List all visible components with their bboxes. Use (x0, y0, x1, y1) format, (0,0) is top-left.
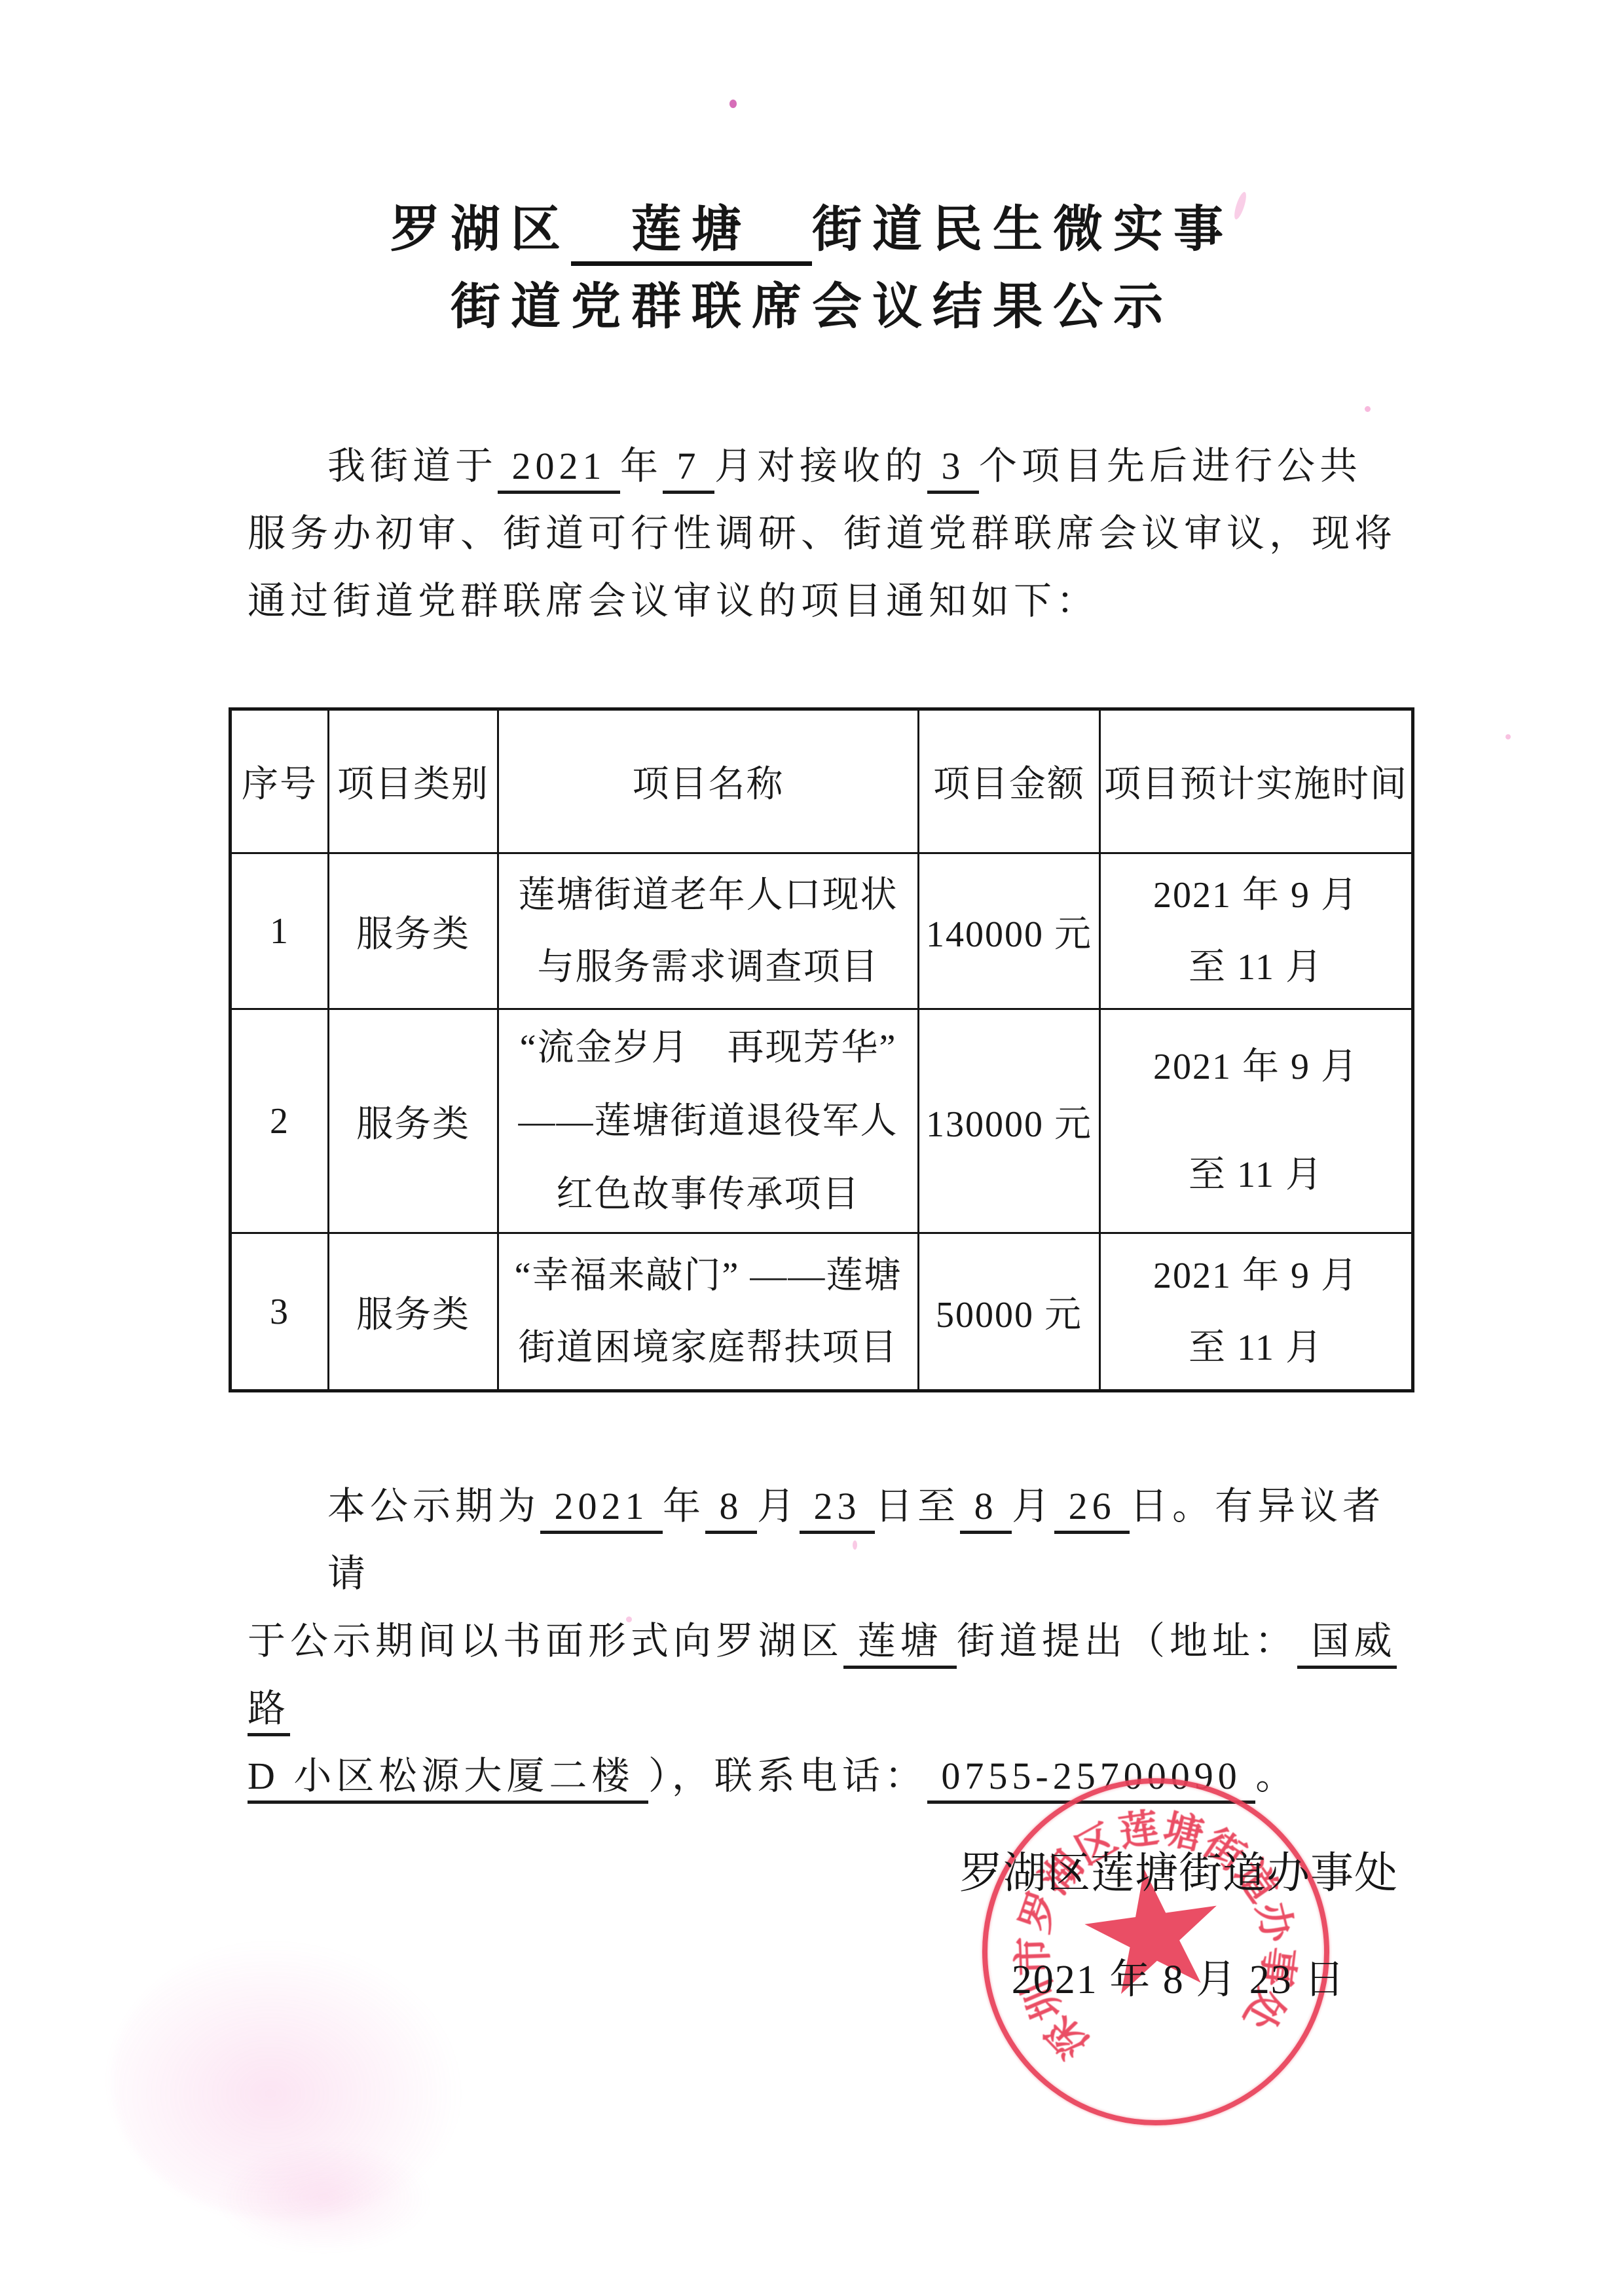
cell-category: 服务类 (329, 1233, 498, 1391)
cell-schedule: 2021 年 9 月 至 11 月 (1100, 1233, 1413, 1391)
cell-schedule: 2021 年 9 月 至 11 月 (1100, 853, 1413, 1009)
closing-seg: 本公示期为 (327, 1485, 540, 1527)
closing-seg: 日至 (875, 1485, 960, 1527)
table-header-row: 序号 项目类别 项目名称 项目金额 项目预计实施时间 (231, 709, 1413, 853)
table-row: 2 服务类 “流金岁月 再现芳华” ——莲塘街道退役军人 红色故事传承项目 13… (231, 1009, 1413, 1233)
intro-line-1: 我街道于 2021 年 7 月对接收的 3 个项目先后进行公共 (248, 432, 1421, 500)
title-part1: 罗湖区 (390, 202, 571, 257)
signature-organization: 罗湖区莲塘街道办事处 (953, 1838, 1405, 1900)
schedule-line: 2021 年 9 月 (1101, 1240, 1411, 1312)
closing-seg: ），联系电话： (648, 1755, 927, 1797)
schedule-line: 至 11 月 (1101, 1121, 1411, 1229)
seal-arc-character: 莲 (1114, 1797, 1161, 1844)
intro-seg: 我街道于 (327, 445, 498, 487)
schedule-line: 至 11 月 (1101, 1312, 1411, 1384)
pink-ink-smudge (111, 1939, 465, 2220)
project-name-line: 街道困境家庭帮扶项目 (499, 1312, 917, 1384)
intro-line-3: 通过街道党群联席会议审议的项目通知如下： (248, 567, 1421, 635)
project-name-line: 红色故事传承项目 (499, 1158, 917, 1231)
header-cell-category: 项目类别 (329, 709, 498, 853)
title-line-1: 罗湖区 莲塘 街道民生微实事 (0, 191, 1624, 269)
header-cell-amount: 项目金额 (919, 709, 1100, 853)
closing-blank-day2: 26 (1054, 1485, 1130, 1534)
scan-speck (729, 100, 737, 108)
table-row: 1 服务类 莲塘街道老年人口现状 与服务需求调查项目 140000 元 2021… (231, 853, 1413, 1009)
cell-index: 1 (231, 853, 329, 1009)
closing-blank-month2: 8 (960, 1485, 1012, 1534)
intro-line-2: 服务办初审、街道可行性调研、街道党群联席会议审议，现将 (248, 500, 1421, 567)
closing-seg: 月 (757, 1485, 800, 1527)
scan-speck (1365, 406, 1371, 412)
schedule-line: 2021 年 9 月 (1101, 1013, 1411, 1121)
title-part2: 街道民生微实事 (812, 202, 1234, 257)
cell-amount: 50000 元 (919, 1233, 1100, 1391)
project-name-line: 莲塘街道老年人口现状 (499, 859, 917, 931)
projects-table: 序号 项目类别 项目名称 项目金额 项目预计实施时间 1 服务类 莲塘街道老年人… (229, 707, 1414, 1392)
title-blank-underlined: 莲塘 (571, 202, 812, 266)
project-name-line: “幸福来敲门” ——莲塘 (499, 1240, 917, 1312)
intro-paragraph: 我街道于 2021 年 7 月对接收的 3 个项目先后进行公共 服务办初审、街道… (248, 432, 1421, 635)
cell-index: 2 (231, 1009, 329, 1233)
closing-seg: 街道提出（地址： (957, 1620, 1297, 1662)
project-name-line: ——莲塘街道退役军人 (499, 1085, 917, 1158)
header-cell-index: 序号 (231, 709, 329, 853)
closing-seg: 月 (1012, 1485, 1054, 1527)
cell-project-name: 莲塘街道老年人口现状 与服务需求调查项目 (498, 853, 919, 1009)
cell-amount: 140000 元 (919, 853, 1100, 1009)
closing-paragraph: 本公示期为 2021 年 8 月 23 日至 8 月 26 日。有异议者请 于公… (248, 1472, 1421, 1810)
cell-project-name: “幸福来敲门” ——莲塘 街道困境家庭帮扶项目 (498, 1233, 919, 1391)
scanned-document-page: 罗湖区 莲塘 街道民生微实事 街道党群联席会议结果公示 我街道于 2021 年 … (0, 0, 1624, 2295)
closing-blank-address-end: D 小区松源大厦二楼 (248, 1755, 648, 1804)
project-name-line: 与服务需求调查项目 (499, 931, 917, 1003)
cell-project-name: “流金岁月 再现芳华” ——莲塘街道退役军人 红色故事传承项目 (498, 1009, 919, 1233)
closing-line-1: 本公示期为 2021 年 8 月 23 日至 8 月 26 日。有异议者请 (248, 1472, 1421, 1607)
document-title: 罗湖区 莲塘 街道民生微实事 街道党群联席会议结果公示 (0, 191, 1624, 346)
header-cell-schedule: 项目预计实施时间 (1100, 709, 1413, 853)
closing-seg: 于公示期间以书面形式向罗湖区 (248, 1620, 843, 1662)
cell-index: 3 (231, 1233, 329, 1391)
scan-speck (1505, 734, 1511, 739)
closing-blank-street: 莲塘 (843, 1620, 957, 1669)
intro-seg: 个项目先后进行公共 (979, 445, 1362, 487)
project-name-line: “流金岁月 再现芳华” (499, 1011, 917, 1085)
header-cell-name: 项目名称 (498, 709, 919, 853)
closing-blank-month1: 8 (705, 1485, 757, 1534)
intro-seg: 月对接收的 (714, 445, 927, 487)
closing-line-2: 于公示期间以书面形式向罗湖区 莲塘 街道提出（地址： 国威路 (248, 1607, 1421, 1742)
intro-blank-count: 3 (927, 445, 979, 494)
signature-date: 2021 年 8 月 23 日 (976, 1947, 1382, 2005)
cell-amount: 130000 元 (919, 1009, 1100, 1233)
schedule-line: 至 11 月 (1101, 931, 1411, 1003)
cell-category: 服务类 (329, 853, 498, 1009)
intro-seg: 年 (620, 445, 663, 487)
pink-ink-smudge (216, 2142, 432, 2253)
intro-blank-month: 7 (663, 445, 714, 494)
table-row: 3 服务类 “幸福来敲门” ——莲塘 街道困境家庭帮扶项目 50000 元 20… (231, 1233, 1413, 1391)
closing-blank-day1: 23 (800, 1485, 875, 1534)
title-line-2: 街道党群联席会议结果公示 (0, 269, 1624, 346)
cell-schedule: 2021 年 9 月 至 11 月 (1100, 1009, 1413, 1233)
closing-seg: 年 (663, 1485, 705, 1527)
intro-blank-year: 2021 (498, 445, 620, 494)
schedule-line: 2021 年 9 月 (1101, 859, 1411, 931)
closing-blank-year: 2021 (540, 1485, 663, 1534)
cell-category: 服务类 (329, 1009, 498, 1233)
